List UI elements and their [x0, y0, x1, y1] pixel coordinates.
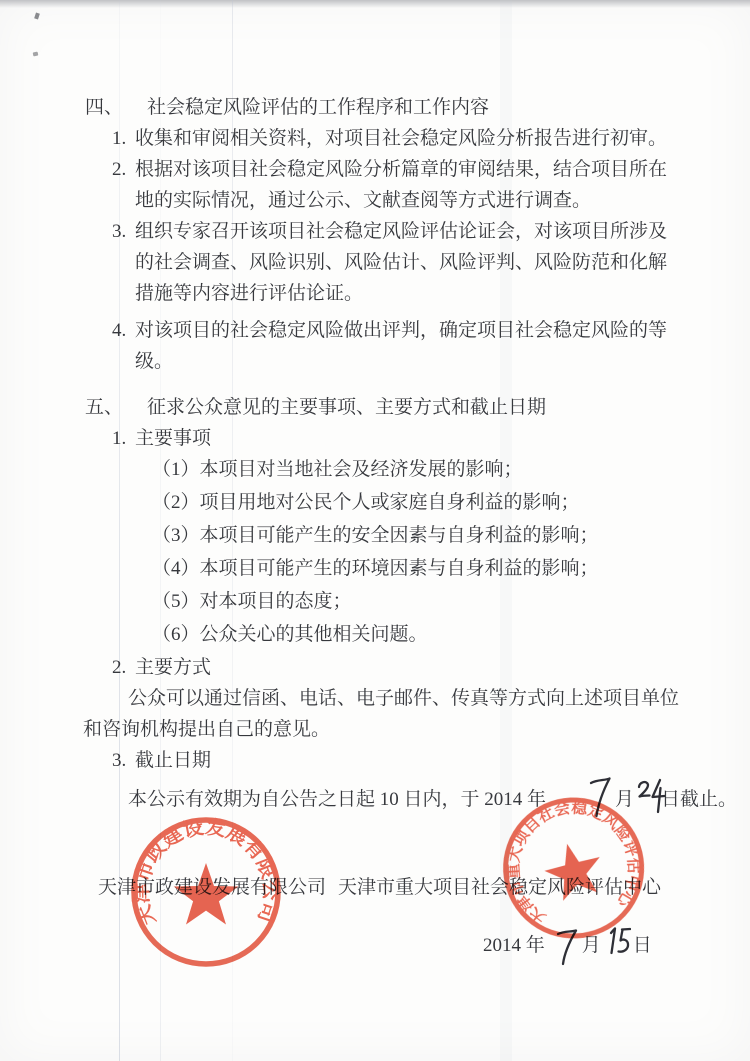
- deadline-prefix: 本公示有效期为自公告之日起 10 日内，于 2014 年: [128, 789, 546, 810]
- item-marker: 3.: [112, 216, 126, 247]
- star-icon: [174, 863, 239, 925]
- list-item: 3. 组织专家召开该项目社会稳定风险评估论证会，对该项目所涉及 的社会调查、风险…: [85, 216, 662, 309]
- doc-line: 主要方式: [135, 652, 662, 683]
- deadline-suffix: 日截止。: [661, 789, 737, 810]
- section4-title: 社会稳定风险评估的工作程序和工作内容: [147, 97, 489, 118]
- section5-title: 征求公众意见的主要事项、主要方式和截止日期: [147, 397, 546, 418]
- section4-heading: 四、社会稳定风险评估的工作程序和工作内容: [85, 92, 662, 123]
- doc-line: 级。: [135, 346, 662, 377]
- section5-heading: 五、征求公众意见的主要事项、主要方式和截止日期: [85, 392, 662, 423]
- document-body: 四、社会稳定风险评估的工作程序和工作内容 1. 收集和审阅相关资料，对项目社会稳…: [85, 92, 662, 818]
- sub-item: （5）对本项目的态度；: [85, 586, 662, 617]
- list-item: 3. 截止日期: [85, 745, 662, 776]
- doc-line: 主要事项: [135, 423, 662, 454]
- item-marker: 4.: [112, 315, 126, 346]
- doc-line: 措施等内容进行评估论证。: [135, 278, 662, 309]
- doc-line: 地的实际情况，通过公示、文献查阅等方式进行调查。: [135, 185, 662, 216]
- paragraph-line: 公众可以通过信函、电话、电子邮件、传真等方式向上述项目单位: [85, 683, 662, 714]
- doc-line: 的社会调查、风险识别、风险估计、风险评判、风险防范和化解: [135, 247, 662, 278]
- paragraph-line: 和咨询机构提出自己的意见。: [83, 714, 662, 745]
- item-marker: 2.: [112, 652, 126, 683]
- list-item: 2. 根据对该项目社会稳定风险分析篇章的审阅结果，结合项目所在 地的实际情况，通…: [85, 154, 662, 216]
- item-marker: 1.: [112, 423, 126, 454]
- section4-number: 四、: [85, 92, 147, 123]
- list-item: 4. 对该项目的社会稳定风险做出评判，确定项目社会稳定风险的等 级。: [85, 315, 662, 377]
- list-item: 2. 主要方式: [85, 652, 662, 683]
- doc-line: 对该项目的社会稳定风险做出评判，确定项目社会稳定风险的等: [135, 315, 662, 346]
- doc-line: 收集和审阅相关资料，对项目社会稳定风险分析报告进行初审。: [135, 123, 662, 154]
- doc-line: 截止日期: [135, 745, 662, 776]
- sub-item: （4）本项目可能产生的环境因素与自身利益的影响；: [85, 553, 662, 584]
- doc-line: 根据对该项目社会稳定风险分析篇章的审阅结果，结合项目所在: [135, 154, 662, 185]
- sub-item: （1）本项目对当地社会及经济发展的影响；: [85, 454, 662, 485]
- section5-number: 五、: [85, 392, 147, 423]
- sub-item: （3）本项目可能产生的安全因素与自身利益的影响；: [85, 520, 662, 551]
- item-marker: 1.: [112, 123, 126, 154]
- scan-top-shadow: [0, 0, 750, 8]
- scan-speck: [33, 52, 39, 57]
- item-marker: 3.: [112, 745, 126, 776]
- scanned-document-page: 四、社会稳定风险评估的工作程序和工作内容 1. 收集和审阅相关资料，对项目社会稳…: [0, 0, 750, 1061]
- doc-line: 组织专家召开该项目社会稳定风险评估论证会，对该项目所涉及: [135, 216, 662, 247]
- company-seal-left: 天津市政建设发展有限公司: [126, 812, 286, 977]
- list-item: 1. 收集和审阅相关资料，对项目社会稳定风险分析报告进行初审。: [85, 123, 662, 154]
- list-item: 1. 主要事项: [85, 423, 662, 454]
- assessment-center-seal-right: 天津市重大项目社会稳定风险评估中心: [489, 783, 659, 957]
- item-marker: 2.: [112, 154, 126, 185]
- star-icon: [539, 837, 607, 903]
- scan-speck: [34, 13, 40, 20]
- sub-item: （6）公众关心的其他相关问题。: [85, 619, 662, 650]
- sub-item: （2）项目用地对公民个人或家庭自身利益的影响；: [85, 487, 662, 518]
